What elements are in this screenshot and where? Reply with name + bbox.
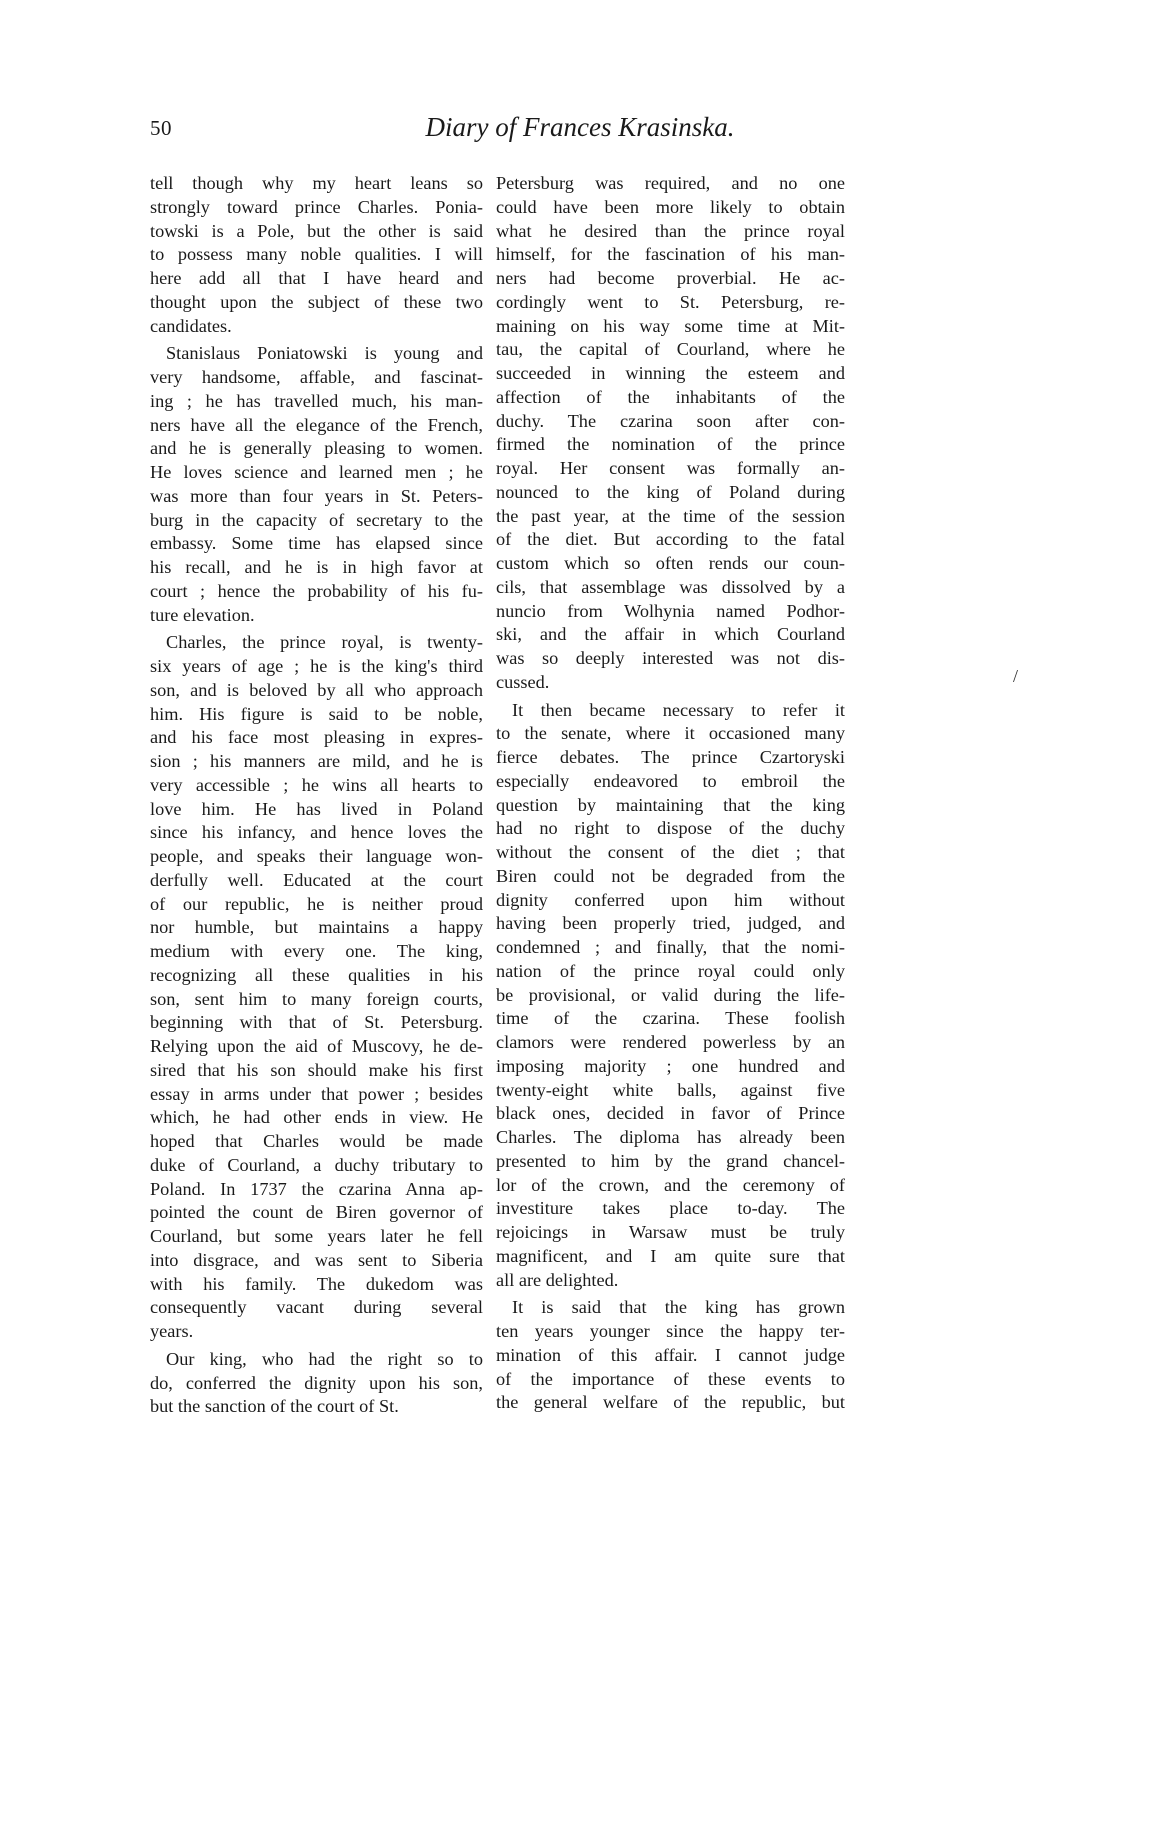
text-line: consequently vacant during several	[150, 1296, 483, 1320]
text-line: maining on his way some time at Mit-	[496, 315, 845, 339]
margin-mark: /	[1013, 666, 1018, 687]
text-line: investiture takes place to-day. The	[496, 1197, 845, 1221]
text-line: himself, for the fascination of his man-	[496, 243, 845, 267]
text-line: firmed the nomination of the prince	[496, 433, 845, 457]
paragraph: tell though why my heart leans sostrongl…	[150, 172, 483, 338]
text-line: to the senate, where it occasioned many	[496, 722, 845, 746]
text-line: and his face most pleasing in expres-	[150, 726, 483, 750]
text-line: of the diet. But according to the fatal	[496, 528, 845, 552]
text-line: Stanislaus Poniatowski is young and	[150, 342, 483, 366]
text-line: mination of this affair. I cannot judge	[496, 1344, 845, 1368]
text-line: love him. He has lived in Poland	[150, 798, 483, 822]
text-line: Charles, the prince royal, is twenty-	[150, 631, 483, 655]
text-line: Relying upon the aid of Muscovy, he de-	[150, 1035, 483, 1059]
right-column: Petersburg was required, and no onecould…	[496, 172, 845, 1415]
text-line: ten years younger since the happy ter-	[496, 1320, 845, 1344]
text-line: and he is generally pleasing to women.	[150, 437, 483, 461]
text-line: ski, and the affair in which Courland	[496, 623, 845, 647]
text-line: having been properly tried, judged, and	[496, 912, 845, 936]
text-line: ners had become proverbial. He ac-	[496, 267, 845, 291]
text-line: which, he had other ends in view. He	[150, 1106, 483, 1130]
text-line: duke of Courland, a duchy tributary to	[150, 1154, 483, 1178]
text-line: cils, that assemblage was dissolved by a	[496, 576, 845, 600]
text-line: of our republic, he is neither proud	[150, 893, 483, 917]
text-line: pointed the count de Biren governor of	[150, 1201, 483, 1225]
paragraph: Our king, who had the right so todo, con…	[150, 1348, 483, 1419]
text-line: into disgrace, and was sent to Siberia	[150, 1249, 483, 1273]
text-line: condemned ; and finally, that the nomi-	[496, 936, 845, 960]
text-line: clamors were rendered powerless by an	[496, 1031, 845, 1055]
text-line: nuncio from Wolhynia named Podhor-	[496, 600, 845, 624]
text-line: lor of the crown, and the ceremony of	[496, 1174, 845, 1198]
text-line: without the consent of the diet ; that	[496, 841, 845, 865]
text-line: thought upon the subject of these two	[150, 291, 483, 315]
text-line: here add all that I have heard and	[150, 267, 483, 291]
left-column: tell though why my heart leans sostrongl…	[150, 172, 483, 1419]
text-line: dignity conferred upon him without	[496, 889, 845, 913]
text-line: had no right to dispose of the duchy	[496, 817, 845, 841]
text-line: twenty-eight white balls, against five	[496, 1079, 845, 1103]
text-line: question by maintaining that the king	[496, 794, 845, 818]
text-line: affection of the inhabitants of the	[496, 386, 845, 410]
text-line: of the importance of these events to	[496, 1368, 845, 1392]
text-line: imposing majority ; one hundred and	[496, 1055, 845, 1079]
text-line: candidates.	[150, 315, 483, 339]
text-line: could have been more likely to obtain	[496, 196, 845, 220]
text-line: people, and speaks their language won-	[150, 845, 483, 869]
text-line: It then became necessary to refer it	[496, 699, 845, 723]
paragraph: Stanislaus Poniatowski is young andvery …	[150, 342, 483, 627]
text-line: hoped that Charles would be made	[150, 1130, 483, 1154]
text-line: the past year, at the time of the sessio…	[496, 505, 845, 529]
text-line: sired that his son should make his first	[150, 1059, 483, 1083]
text-line: tau, the capital of Courland, where he	[496, 338, 845, 362]
text-line: nation of the prince royal could only	[496, 960, 845, 984]
text-line: very accessible ; he wins all hearts to	[150, 774, 483, 798]
text-line: nor humble, but maintains a happy	[150, 916, 483, 940]
text-line: towski is a Pole, but the other is said	[150, 220, 483, 244]
paragraph: Charles, the prince royal, is twenty-six…	[150, 631, 483, 1344]
text-line: Charles. The diploma has already been	[496, 1126, 845, 1150]
text-line: be provisional, or valid during the life…	[496, 984, 845, 1008]
text-line: the general welfare of the republic, but	[496, 1391, 845, 1415]
running-head: 50 Diary of Frances Krasinska.	[150, 112, 850, 152]
paragraph: It then became necessary to refer itto t…	[496, 699, 845, 1293]
text-line: medium with every one. The king,	[150, 940, 483, 964]
text-line: succeeded in winning the esteem and	[496, 362, 845, 386]
text-line: all are delighted.	[496, 1269, 845, 1293]
text-line: rejoicings in Warsaw must be truly	[496, 1221, 845, 1245]
book-page: 50 Diary of Frances Krasinska. tell thou…	[0, 0, 1152, 1825]
text-line: him. His figure is said to be noble,	[150, 703, 483, 727]
text-line: tell though why my heart leans so	[150, 172, 483, 196]
text-line: time of the czarina. These foolish	[496, 1007, 845, 1031]
text-line: six years of age ; he is the king's thir…	[150, 655, 483, 679]
text-line: very handsome, affable, and fascinat-	[150, 366, 483, 390]
text-line: royal. Her consent was formally an-	[496, 457, 845, 481]
text-line: essay in arms under that power ; besides	[150, 1083, 483, 1107]
text-line: beginning with that of St. Petersburg.	[150, 1011, 483, 1035]
text-line: Biren could not be degraded from the	[496, 865, 845, 889]
text-line: He loves science and learned men ; he	[150, 461, 483, 485]
page-number: 50	[150, 116, 172, 141]
text-line: strongly toward prince Charles. Ponia-	[150, 196, 483, 220]
text-line: to possess many noble qualities. I will	[150, 243, 483, 267]
text-line: cordingly went to St. Petersburg, re-	[496, 291, 845, 315]
text-line: what he desired than the prince royal	[496, 220, 845, 244]
text-line: do, conferred the dignity upon his son,	[150, 1372, 483, 1396]
text-line: was so deeply interested was not dis-	[496, 647, 845, 671]
text-line: ing ; he has travelled much, his man-	[150, 390, 483, 414]
running-title: Diary of Frances Krasinska.	[310, 112, 850, 143]
text-line: duchy. The czarina soon after con-	[496, 410, 845, 434]
text-line: custom which so often rends our coun-	[496, 552, 845, 576]
text-line: with his family. The dukedom was	[150, 1273, 483, 1297]
text-line: Our king, who had the right so to	[150, 1348, 483, 1372]
text-line: magnificent, and I am quite sure that	[496, 1245, 845, 1269]
text-line: his recall, and he is in high favor at	[150, 556, 483, 580]
text-line: Petersburg was required, and no one	[496, 172, 845, 196]
text-line: Courland, but some years later he fell	[150, 1225, 483, 1249]
text-line: black ones, decided in favor of Prince	[496, 1102, 845, 1126]
text-line: Poland. In 1737 the czarina Anna ap-	[150, 1178, 483, 1202]
text-line: son, and is beloved by all who approach	[150, 679, 483, 703]
text-line: sion ; his manners are mild, and he is	[150, 750, 483, 774]
text-line: was more than four years in St. Peters-	[150, 485, 483, 509]
text-line: It is said that the king has grown	[496, 1296, 845, 1320]
paragraph: It is said that the king has grownten ye…	[496, 1296, 845, 1415]
text-line: especially endeavored to embroil the	[496, 770, 845, 794]
text-line: cussed.	[496, 671, 845, 695]
text-line: ture elevation.	[150, 604, 483, 628]
text-line: son, sent him to many foreign courts,	[150, 988, 483, 1012]
text-line: burg in the capacity of secretary to the	[150, 509, 483, 533]
text-line: but the sanction of the court of St.	[150, 1395, 483, 1419]
text-line: recognizing all these qualities in his	[150, 964, 483, 988]
text-line: embassy. Some time has elapsed since	[150, 532, 483, 556]
text-line: court ; hence the probability of his fu-	[150, 580, 483, 604]
text-line: nounced to the king of Poland during	[496, 481, 845, 505]
text-line: fierce debates. The prince Czartoryski	[496, 746, 845, 770]
text-line: ners have all the elegance of the French…	[150, 414, 483, 438]
text-line: years.	[150, 1320, 483, 1344]
text-line: derfully well. Educated at the court	[150, 869, 483, 893]
text-line: presented to him by the grand chancel-	[496, 1150, 845, 1174]
text-line: since his infancy, and hence loves the	[150, 821, 483, 845]
paragraph: Petersburg was required, and no onecould…	[496, 172, 845, 695]
